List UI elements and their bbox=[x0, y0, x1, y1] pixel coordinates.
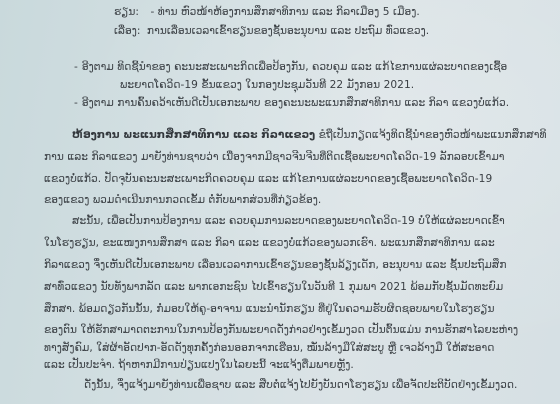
paragraph-1-line-3: ແຂວງບໍ່ແກ້ວ. ປັດຈຸບັນຄະນະສະເພາະກິດຄວບຄຸມ… bbox=[44, 172, 492, 186]
paragraph-1-text: ຂອງແຂວງ ພວມດຳເນີນການກວດເຂັ້ມ ຕໍ່ກັບພາກສ່… bbox=[44, 194, 321, 206]
document-page: ຮຽນ: - ທ່ານ ຫົວໜ້າຫ້ອງການສຶກສາທິການ ແລະ … bbox=[0, 0, 560, 404]
paragraph-2-text: ກິລາແຂວງ ຈຶ່ງເຫັນດີເປັນເອກະພາບ ເລື່ອນເວລ… bbox=[44, 259, 507, 271]
reference-1-text: ອີງຕາມ ທິດຊີ້ນຳຂອງ ຄະນະສະເພາະກິດເພື່ອປ້ອ… bbox=[82, 61, 507, 73]
paragraph-2-text: ແລະ ເປັນປະຈຳ. ຖ້າຫາກມີການປ່ຽນແປງໃນໄລຍະນີ… bbox=[44, 359, 354, 371]
paragraph-2-line-4: ສາທົ່ວແຂວງ ນັບທັງພາກລັດ ແລະ ພາກເອກະຊົນ ໄ… bbox=[44, 280, 503, 294]
subject-label: ເລື່ອງ: bbox=[114, 25, 141, 37]
reference-2-line-1: -ອີງຕາມ ການຄົ້ນຄວ້າເຫັນດີເປັນເອກະພາບ ຂອງ… bbox=[74, 96, 509, 110]
paragraph-2-line-2: ໃນໂຮງຮຽນ, ຂະແໜງການສຶກສາ ແລະ ກິລາ ແລະ ແຂວ… bbox=[44, 236, 495, 250]
bullet-dash: - bbox=[74, 97, 78, 109]
subject-text: ການເລື່ອນເວລາເຂົ້າຮຽນຂອງຊັ້ນອະນຸບານ ແລະ … bbox=[147, 25, 429, 37]
paragraph-2-line-1: ສະນັ້ນ, ເພື່ອເປັນການປ້ອງການ ແລະ ຄວບຄຸມກາ… bbox=[72, 214, 505, 228]
recipient-line: ຮຽນ: - ທ່ານ ຫົວໜ້າຫ້ອງການສຶກສາທິການ ແລະ … bbox=[114, 5, 420, 19]
paragraph-2-text: ທາງສັງຄົມ, ໃສ່ຜ້າອັດປາກ-ອັດດັງທຸກຄັ້ງກ່ອ… bbox=[44, 342, 494, 354]
subject-line: ເລື່ອງ: ການເລື່ອນເວລາເຂົ້າຮຽນຂອງຊັ້ນອະນຸ… bbox=[114, 24, 429, 38]
paragraph-2-text: ຂອງຕົນ ໃຫ້ຮັກສາມາດຕະການໃນການປ້ອງກັນພະຍາດ… bbox=[44, 324, 518, 336]
paragraph-1-bold-lead: ຫ້ອງການ ພະແນກສຶກສາທິການ ແລະ ກິລາແຂວງ bbox=[72, 129, 315, 141]
closing-line: ດັ່ງນັ້ນ, ຈຶ່ງແຈ້ງມາຍັງທ່ານເພື່ອຊາບ ແລະ … bbox=[84, 378, 517, 392]
paragraph-2-text: ສາທົ່ວແຂວງ ນັບທັງພາກລັດ ແລະ ພາກເອກະຊົນ ໄ… bbox=[44, 281, 503, 293]
paragraph-1-line-1: ຫ້ອງການ ພະແນກສຶກສາທິການ ແລະ ກິລາແຂວງ ຂໍຖ… bbox=[72, 128, 547, 142]
paragraph-2-line-7: ທາງສັງຄົມ, ໃສ່ຜ້າອັດປາກ-ອັດດັງທຸກຄັ້ງກ່ອ… bbox=[44, 341, 494, 355]
paragraph-1-text: ຂໍຖືເປັນກຽດແຈ້ງທິດຊີ້ນຳຂອງຫົວໜ້າພະແນກສຶກ… bbox=[319, 129, 547, 141]
paragraph-1-line-4: ຂອງແຂວງ ພວມດຳເນີນການກວດເຂັ້ມ ຕໍ່ກັບພາກສ່… bbox=[44, 193, 321, 207]
bullet-dash: - bbox=[74, 61, 78, 73]
paragraph-1-text: ການ ແລະ ກິລາແຂວງ ມາຍັງທ່ານຊາບວ່າ ເນື່ອງຈ… bbox=[44, 151, 505, 163]
paragraph-2-text: ໃນໂຮງຮຽນ, ຂະແໜງການສຶກສາ ແລະ ກິລາ ແລະ ແຂວ… bbox=[44, 237, 495, 249]
paragraph-1-line-2: ການ ແລະ ກິລາແຂວງ ມາຍັງທ່ານຊາບວ່າ ເນື່ອງຈ… bbox=[44, 150, 505, 164]
reference-1-text-cont: ພະຍາດໂຄວິດ-19 ຂັ້ນແຂວງ ໃນກອງປະຊຸມວັນທີ 2… bbox=[120, 79, 414, 91]
reference-2-text: ອີງຕາມ ການຄົ້ນຄວ້າເຫັນດີເປັນເອກະພາບ ຂອງຄ… bbox=[82, 97, 509, 109]
paragraph-1-text: ແຂວງບໍ່ແກ້ວ. ປັດຈຸບັນຄະນະສະເພາະກິດຄວບຄຸມ… bbox=[44, 173, 492, 185]
paragraph-2-line-3: ກິລາແຂວງ ຈຶ່ງເຫັນດີເປັນເອກະພາບ ເລື່ອນເວລ… bbox=[44, 258, 507, 272]
reference-1-line-2: ພະຍາດໂຄວິດ-19 ຂັ້ນແຂວງ ໃນກອງປະຊຸມວັນທີ 2… bbox=[120, 78, 414, 92]
recipient-text: - ທ່ານ ຫົວໜ້າຫ້ອງການສຶກສາທິການ ແລະ ກິລາເ… bbox=[150, 6, 419, 18]
paragraph-2-text: ສຶກສາ. ພ້ອມດຽວກັນນັ້ນ, ກໍ່ມອບໃຫ້ຄູ-ອາຈານ… bbox=[44, 303, 495, 315]
paragraph-2-line-6: ຂອງຕົນ ໃຫ້ຮັກສາມາດຕະການໃນການປ້ອງກັນພະຍາດ… bbox=[44, 323, 518, 337]
paragraph-2-line-8: ແລະ ເປັນປະຈຳ. ຖ້າຫາກມີການປ່ຽນແປງໃນໄລຍະນີ… bbox=[44, 358, 354, 372]
recipient-label: ຮຽນ: bbox=[114, 6, 139, 18]
paragraph-2-text: ສະນັ້ນ, ເພື່ອເປັນການປ້ອງການ ແລະ ຄວບຄຸມກາ… bbox=[72, 215, 505, 227]
reference-1-line-1: -ອີງຕາມ ທິດຊີ້ນຳຂອງ ຄະນະສະເພາະກິດເພື່ອປ້… bbox=[74, 60, 507, 74]
paragraph-2-line-5: ສຶກສາ. ພ້ອມດຽວກັນນັ້ນ, ກໍ່ມອບໃຫ້ຄູ-ອາຈານ… bbox=[44, 302, 495, 316]
closing-text: ດັ່ງນັ້ນ, ຈຶ່ງແຈ້ງມາຍັງທ່ານເພື່ອຊາບ ແລະ … bbox=[84, 379, 517, 391]
